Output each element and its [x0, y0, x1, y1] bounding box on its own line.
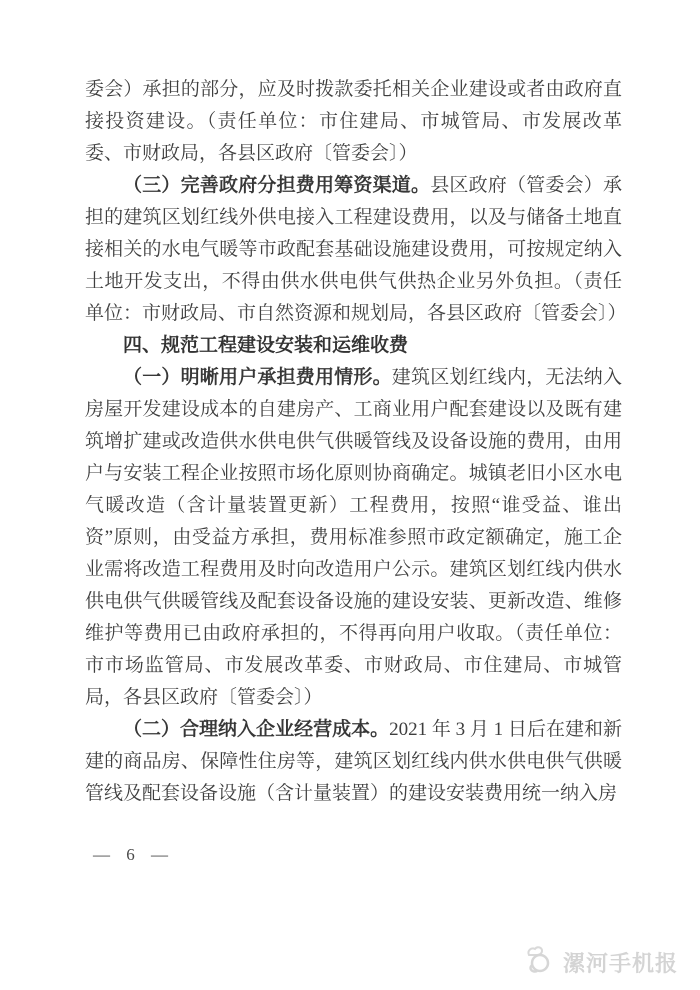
paragraph-item-3-body: 县区政府（管委会）承担的建筑区划红线外供电接入工程建设费用，以及与储备土地直接相… [85, 175, 627, 324]
paragraph-item-1: （一）明晰用户承担费用情形。建筑区划红线内，无法纳入房屋开发建设成本的自建房产、… [85, 362, 622, 714]
paragraph-item-3: （三）完善政府分担费用筹资渠道。县区政府（管委会）承担的建筑区划红线外供电接入工… [85, 170, 622, 330]
document-page: 委会）承担的部分，应及时拨款委托相关企业建设或者由政府直接投资建设。（责任单位：… [0, 0, 700, 990]
dove-logo-icon [523, 945, 557, 980]
watermark: 漯河手机报 [523, 945, 678, 980]
paragraph-continuation: 委会）承担的部分，应及时拨款委托相关企业建设或者由政府直接投资建设。（责任单位：… [85, 74, 622, 170]
document-body: 委会）承担的部分，应及时拨款委托相关企业建设或者由政府直接投资建设。（责任单位：… [85, 74, 622, 810]
paragraph-item-1-heading: （一）明晰用户承担费用情形。 [123, 367, 392, 388]
page-number: — 6 — [93, 845, 174, 865]
paragraph-item-1-body: 建筑区划红线内，无法纳入房屋开发建设成本的自建房产、工商业用户配套建设以及既有建… [85, 367, 622, 708]
paragraph-item-2-heading: （二）合理纳入企业经营成本。 [123, 719, 389, 740]
section-heading: 四、规范工程建设安装和运维收费 [85, 330, 622, 362]
paragraph-item-3-heading: （三）完善政府分担费用筹资渠道。 [123, 175, 430, 196]
watermark-text: 漯河手机报 [563, 947, 678, 978]
paragraph-item-2: （二）合理纳入企业经营成本。2021 年 3 月 1 日后在建和新建的商品房、保… [85, 714, 622, 810]
